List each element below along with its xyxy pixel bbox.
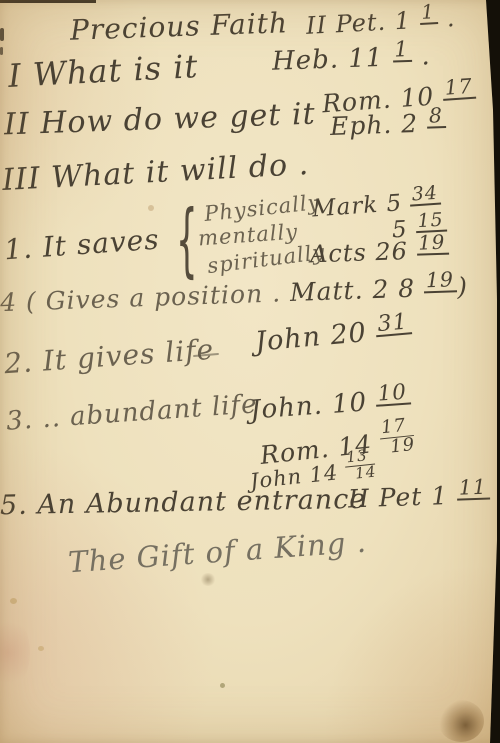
point-5: 5. An Abundant entrance [0,484,367,521]
ref-verse: 34 [409,184,441,207]
ref-book: Heb. 11 [272,43,384,77]
point-1: 1. It saves [3,223,161,267]
speck-mid-left [148,205,154,211]
closing-paren: ) [457,272,469,301]
heading-2: II How do we get it [3,97,316,143]
ref-verse-2: 19 [380,436,416,458]
ref-verse: 8 [426,105,446,128]
scan-edge-top-left [0,0,96,3]
title-scripture-ref: II Pet. 1 1 . [305,4,456,40]
brace-item-physically: Physically [203,190,321,226]
ref-verse: 15 [415,211,447,233]
ref-book: II Pet. 1 [305,6,411,39]
ref-verse: 1 [419,2,439,25]
speck-left-2 [38,646,44,651]
stain-bottom-right [438,700,484,742]
scan-edge-left-mark-1 [0,28,4,41]
ref-verse-2: 14 [345,464,377,483]
heading-1: I What is it [7,47,199,95]
paper-sheet: Precious Faith II Pet. 1 1 . I What is i… [0,0,500,743]
ref-verses: 1314 [344,448,377,484]
heading-2-ref-2: Eph. 2 8 [330,108,447,141]
ref-verse: 1 [392,39,412,63]
ref-book: John 20 [254,317,368,358]
speck-left-1 [10,598,17,604]
ref-verse: 11 [456,477,490,501]
scanned-note-photo: Precious Faith II Pet. 1 1 . I What is i… [0,0,500,743]
ref-book: Acts 26 [310,237,409,268]
point-2: 2. It gives life [3,333,215,381]
point-2-ref: John 20 31 [254,313,413,358]
point-1-ref-3: Acts 26 19 [310,236,449,269]
heading-1-ref: Heb. 11 1 . [272,41,432,77]
point-4-text: 4 ( Gives a position . [0,278,282,317]
ref-verse: 31 [375,310,412,337]
heading-3: III What it will do . [1,147,310,198]
footer-line: The Gift of a King . [67,525,368,580]
ref-book: Eph. 2 [330,109,419,141]
brace-glyph: { [176,194,198,288]
ref-book: Mark 5 [311,190,403,222]
point-3: 3. .. abundant life [5,389,258,436]
ref-book: II Pet 1 [348,481,449,513]
ref-verses: 1719 [378,416,416,458]
ref-verse: 19 [423,269,457,293]
note-title: Precious Faith [69,6,288,47]
smudge-left-edge [0,615,30,690]
ref-verse: 17 [442,76,477,101]
stain-center [200,573,216,586]
ref-verse: 19 [416,233,449,256]
scan-edge-left-mark-2 [0,47,3,55]
ref-book: John. 10 [249,387,368,425]
ref-verse: 10 [375,381,411,407]
point-5-ref: II Pet 1 11 [348,480,491,514]
speck-bottom-center [220,683,225,688]
ref-book: Matt. 2 8 [289,274,415,307]
